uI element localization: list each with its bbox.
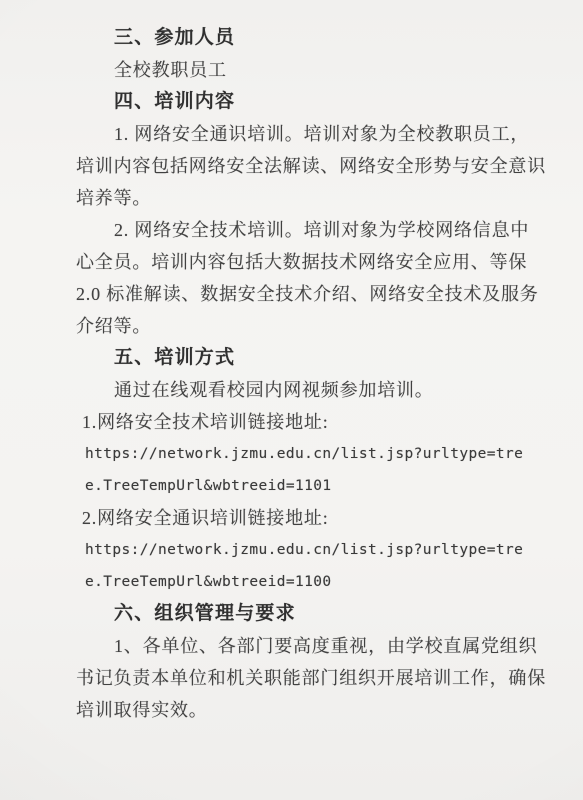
- url-line: https://network.jzmu.edu.cn/list.jsp?url…: [76, 534, 533, 566]
- text-line: 培训内容包括网络安全法解读、网络安全形势与安全意识: [76, 150, 533, 182]
- url-line: e.TreeTempUrl&wbtreeid=1101: [76, 470, 533, 502]
- document-body: 三、参加人员 全校教职员工 四、培训内容 1. 网络安全通识培训。培训对象为全校…: [76, 22, 533, 726]
- text-line: 1. 网络安全通识培训。培训对象为全校教职员工，: [76, 118, 533, 150]
- text-line: 书记负责本单位和机关职能部门组织开展培训工作，确保: [76, 662, 533, 694]
- text-line: 通过在线观看校园内网视频参加培训。: [76, 374, 533, 406]
- text-line: 2. 网络安全技术培训。培训对象为学校网络信息中: [76, 214, 533, 246]
- url-line: https://network.jzmu.edu.cn/list.jsp?url…: [76, 438, 533, 470]
- section-heading-requirements: 六、组织管理与要求: [76, 598, 533, 630]
- text-line: 培养等。: [76, 182, 533, 214]
- text-line: 全校教职员工: [76, 54, 533, 86]
- text-line: 心全员。培训内容包括大数据技术网络安全应用、等保: [76, 246, 533, 278]
- text-line: 培训取得实效。: [76, 694, 533, 726]
- link-label-general-training: 2.网络安全通识培训链接地址:: [76, 502, 533, 534]
- section-heading-participants: 三、参加人员: [76, 22, 533, 54]
- text-line: 1、各单位、各部门要高度重视，由学校直属党组织: [76, 630, 533, 662]
- section-heading-content: 四、培训内容: [76, 86, 533, 118]
- text-line: 2.0 标准解读、数据安全技术介绍、网络安全技术及服务: [76, 278, 533, 310]
- link-label-tech-training: 1.网络安全技术培训链接地址:: [76, 406, 533, 438]
- text-line: 介绍等。: [76, 310, 533, 342]
- section-heading-method: 五、培训方式: [76, 342, 533, 374]
- document-page: 三、参加人员 全校教职员工 四、培训内容 1. 网络安全通识培训。培训对象为全校…: [0, 0, 583, 800]
- url-line: e.TreeTempUrl&wbtreeid=1100: [76, 566, 533, 598]
